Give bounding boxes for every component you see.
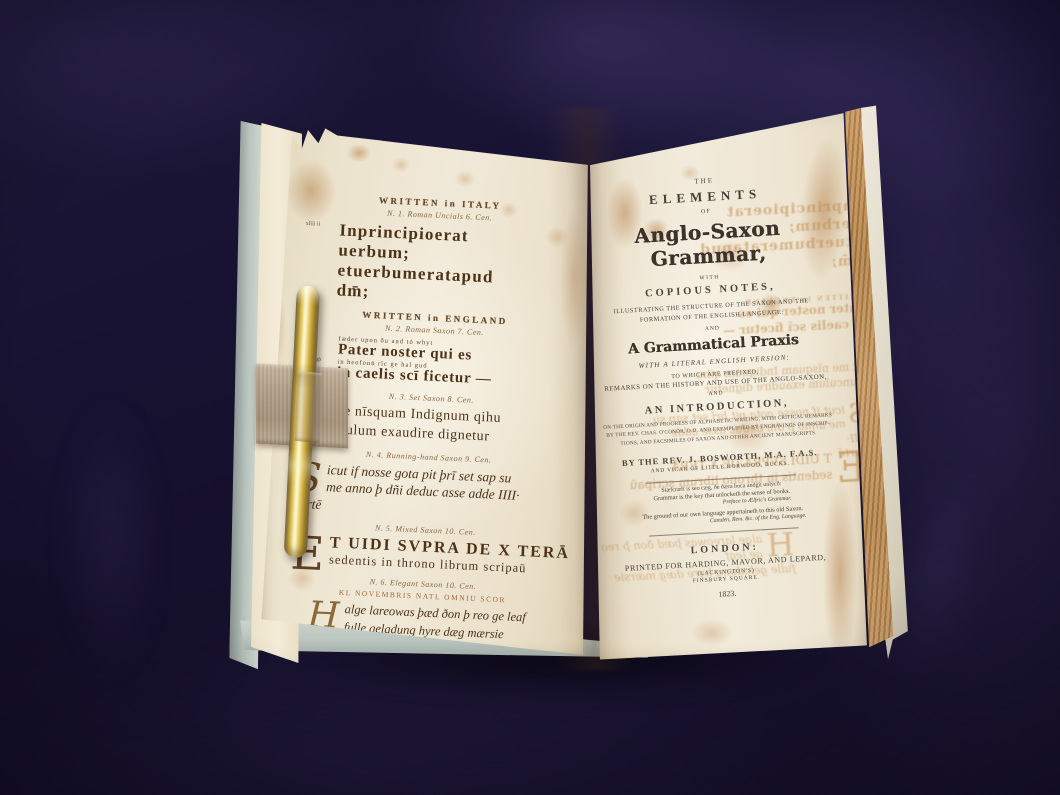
specimen-running-hand: S icut if nosse gota pit þrī set sap su … — [279, 459, 576, 525]
gutter-shadow — [547, 107, 631, 670]
specimen-roman-uncials: xliii ii Inprincipioerat uerbum; etuerbu… — [288, 218, 586, 311]
velvet-fold — [40, 330, 180, 750]
photograph-open-antique-book: Inprincipioerat uerbum; etuerbumeratapud… — [0, 0, 1060, 795]
horizontal-rule — [649, 527, 799, 536]
specimen-margin-note: xliii ii — [305, 221, 320, 229]
foxing-stain — [342, 140, 376, 166]
ribbon-wrap-over-rod — [294, 371, 322, 443]
foxing-stain — [450, 166, 480, 192]
foxing-stain — [682, 613, 742, 653]
foxing-stain — [388, 154, 414, 176]
